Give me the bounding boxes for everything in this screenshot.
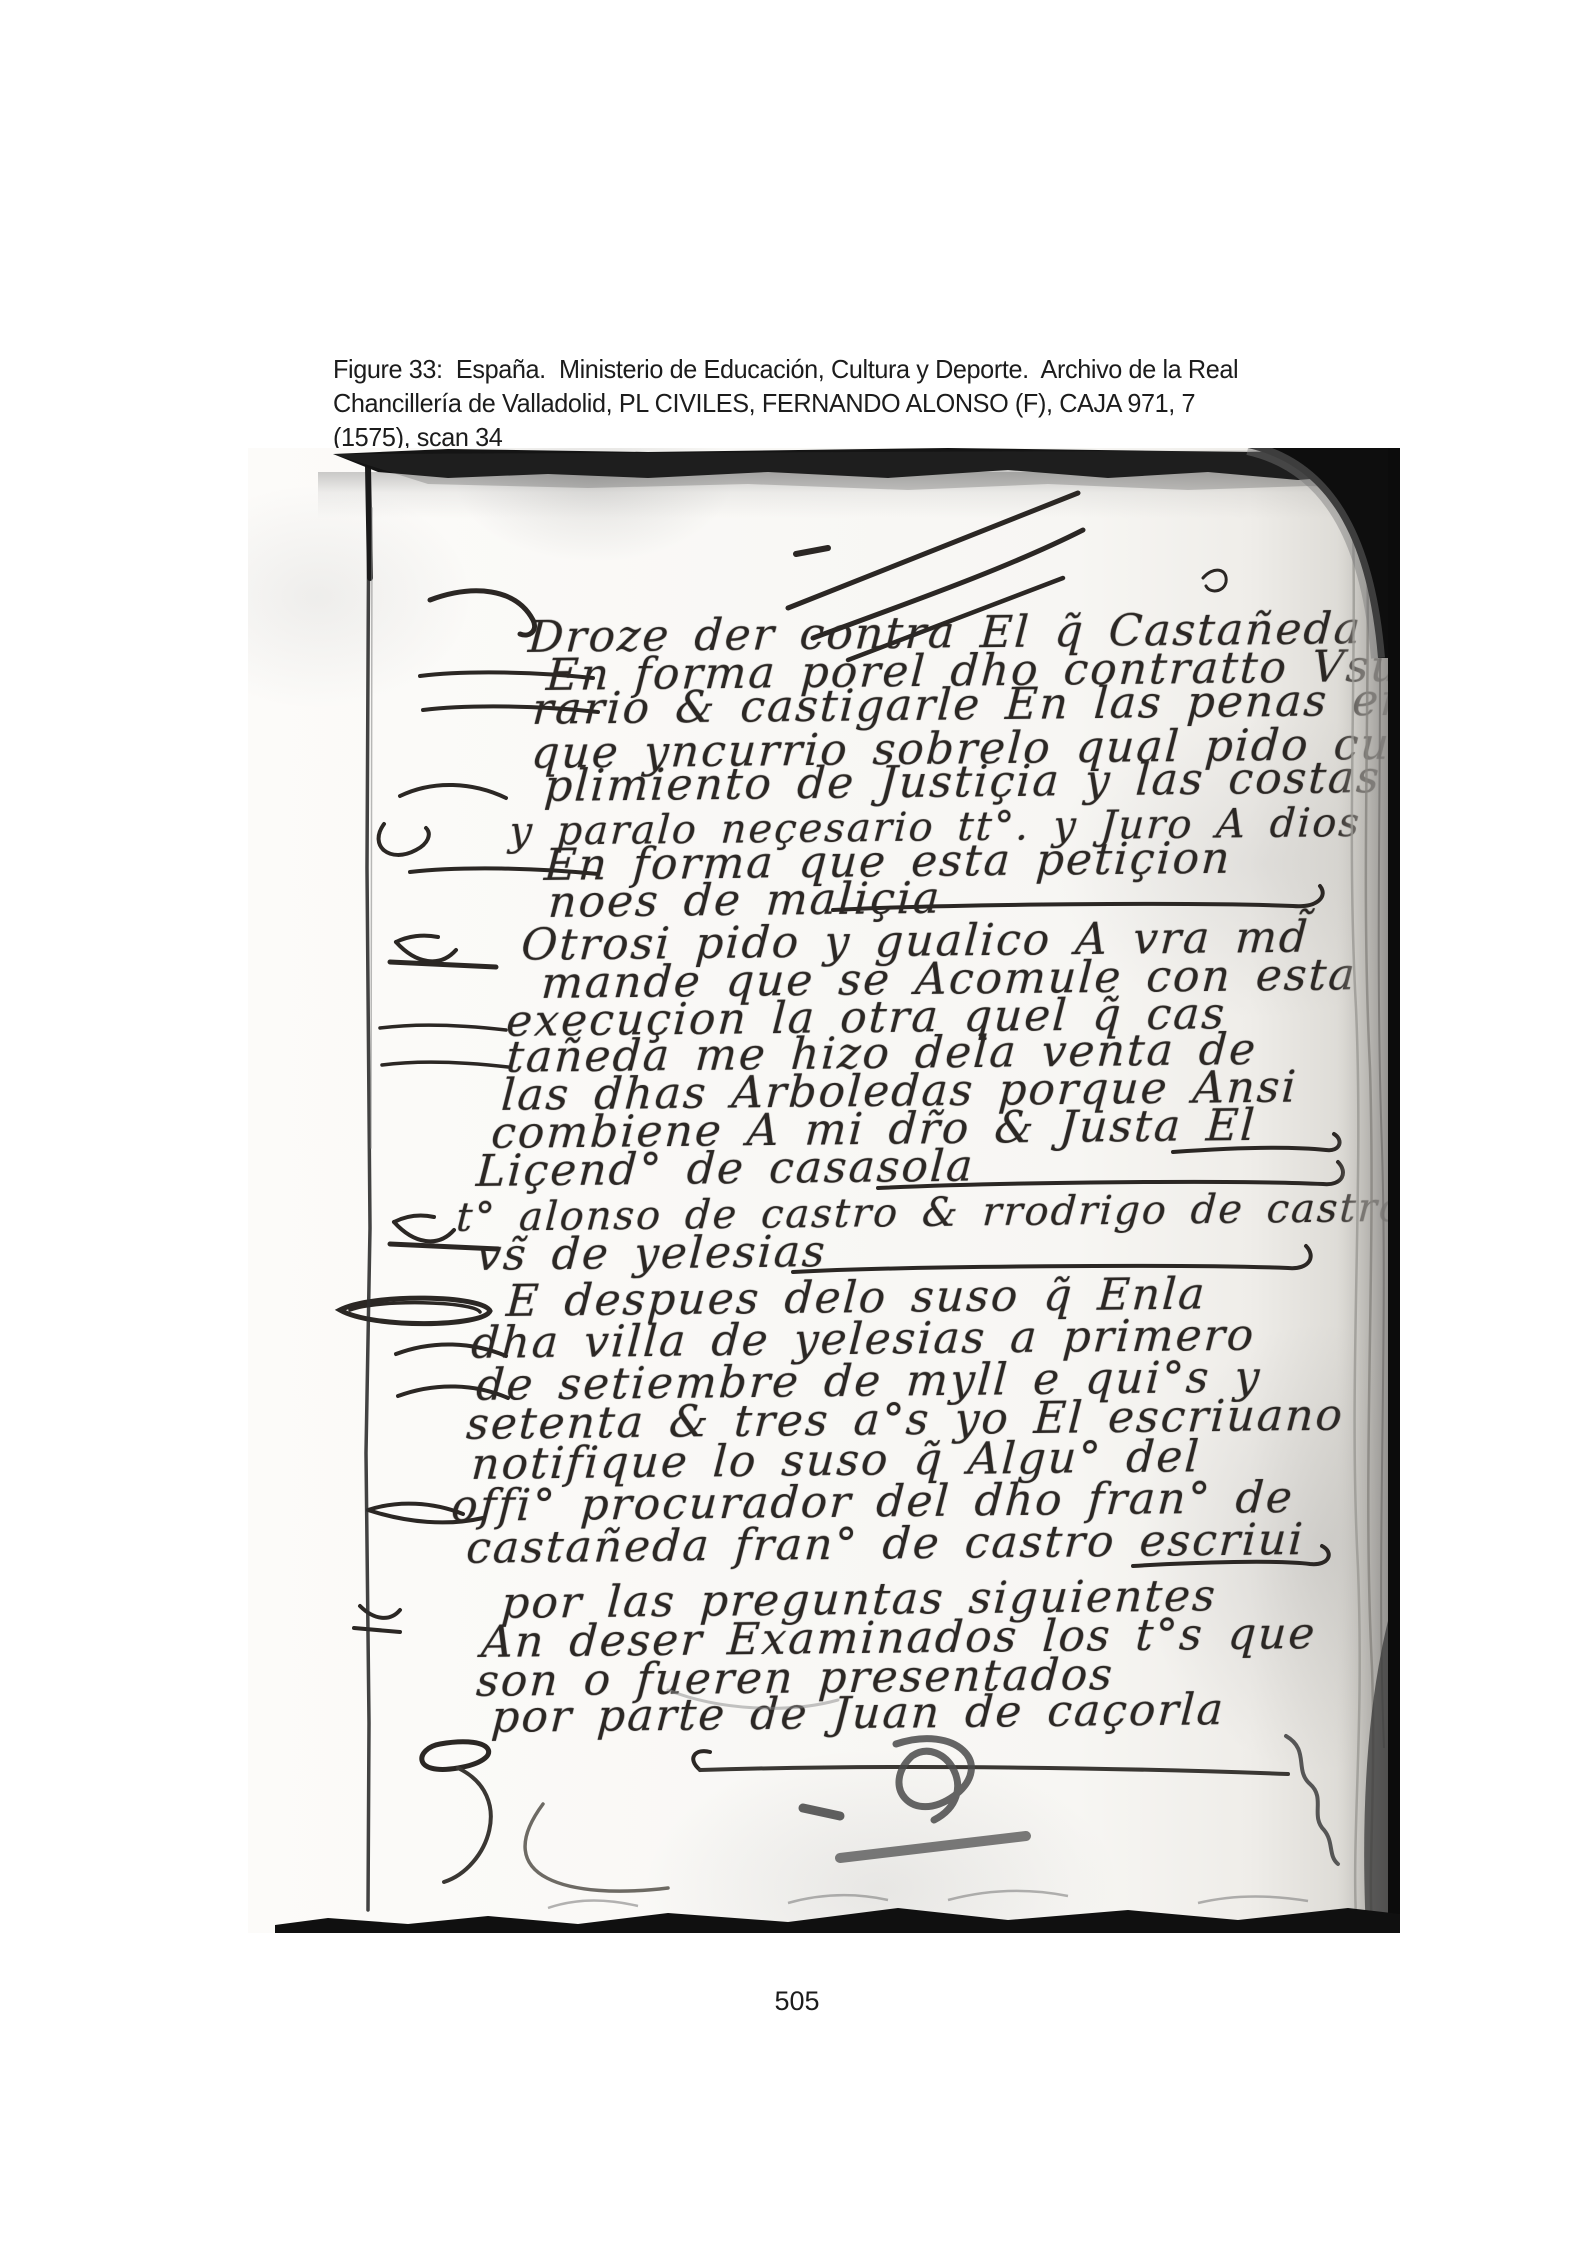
bottom-wisps <box>548 1891 1308 1908</box>
manuscript-line: vs̃ de yelesias <box>475 1230 828 1278</box>
paper-page: Figure 33: España. Ministerio de Educaci… <box>0 0 1594 2250</box>
torn-bottom-edge <box>275 1908 1400 1933</box>
manuscript-line: Liçend° de casasola <box>475 1145 976 1194</box>
fold-line <box>366 466 372 1910</box>
manuscript-line: por parte de Juan de caçorla <box>490 1688 1226 1740</box>
caption-line-1: Figure 33: España. Ministerio de Educaci… <box>333 352 1245 386</box>
page-number: 505 <box>0 1986 1594 2017</box>
scan-top-shading <box>318 472 1400 518</box>
figure-caption: Figure 33: España. Ministerio de Educaci… <box>333 352 1245 454</box>
manuscript-line: castañeda fran° de castro escriui <box>465 1518 1306 1571</box>
caption-line-2: Chancillería de Valladolid, PL CIVILES, … <box>333 386 1245 420</box>
manuscript-scan-image: Droze der contra El q̃ Castañeda En form… <box>248 448 1400 1933</box>
